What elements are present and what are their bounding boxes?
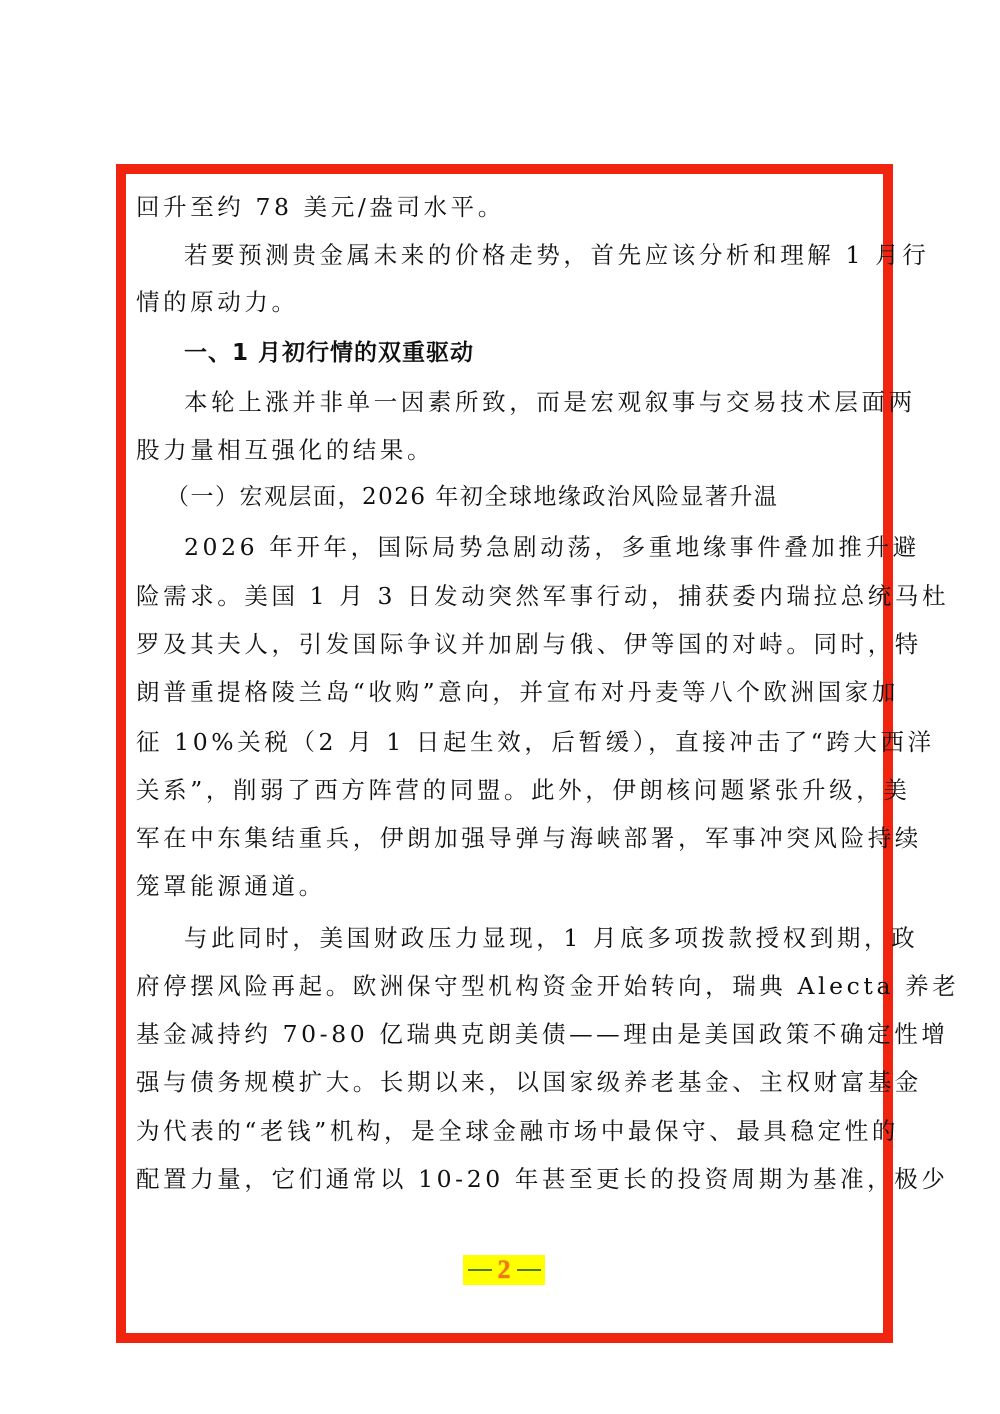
paragraph-line: 笼罩能源通道。: [136, 862, 326, 910]
paragraph-line: 回升至约 78 美元/盎司水平。: [136, 183, 505, 231]
paragraph-line: 情的原动力。: [136, 278, 299, 326]
paragraph-line: 若要预测贵金属未来的价格走势，首先应该分析和理解 1 月行: [184, 231, 929, 279]
page-number-footer: 2: [463, 1255, 545, 1285]
right-dash-decoration: [517, 1269, 541, 1271]
paragraph-line: 征 10%关税（2 月 1 日起生效，后暂缓），直接冲击了“跨大西洋: [136, 718, 935, 766]
paragraph-line: 基金减持约 70-80 亿瑞典克朗美债——理由是美国政策不确定性增: [136, 1010, 949, 1058]
paragraph-line: 与此同时，美国财政压力显现，1 月底多项拨款授权到期，政: [184, 914, 918, 962]
paragraph-line: 朗普重提格陵兰岛“收购”意向，并宣布对丹麦等八个欧洲国家加: [136, 668, 899, 716]
paragraph-line: 2026 年开年，国际局势急剧动荡，多重地缘事件叠加推升避: [184, 523, 920, 571]
paragraph-line: 险需求。美国 1 月 3 日发动突然军事行动，捕获委内瑞拉总统马杜: [136, 572, 949, 620]
subsection-heading: （一）宏观层面，2026 年初全球地缘政治风险显著升温: [166, 473, 778, 521]
paragraph-line: 强与债务规模扩大。长期以来，以国家级养老基金、主权财富基金: [136, 1058, 922, 1106]
paragraph-line: 为代表的“老钱”机构，是全球金融市场中最保守、最具稳定性的: [136, 1107, 899, 1155]
paragraph-line: 府停摆风险再起。欧洲保守型机构资金开始转向，瑞典 Alecta 养老: [136, 962, 959, 1010]
section-heading: 一、1 月初行情的双重驱动: [184, 329, 474, 377]
left-dash-decoration: [468, 1269, 492, 1271]
paragraph-line: 军在中东集结重兵，伊朗加强导弹与海峡部署，军事冲突风险持续: [136, 814, 922, 862]
paragraph-line: 关系”，削弱了西方阵营的同盟。此外，伊朗核问题紧张升级，美: [136, 766, 910, 814]
paragraph-line: 本轮上涨并非单一因素所致，而是宏观叙事与交易技术层面两: [184, 378, 916, 426]
page-number: 2: [498, 1255, 511, 1285]
paragraph-line: 股力量相互强化的结果。: [136, 426, 434, 474]
paragraph-line: 配置力量，它们通常以 10-20 年甚至更长的投资周期为基准，极少: [136, 1155, 949, 1203]
paragraph-line: 罗及其夫人，引发国际争议并加剧与俄、伊等国的对峙。同时，特: [136, 620, 922, 668]
